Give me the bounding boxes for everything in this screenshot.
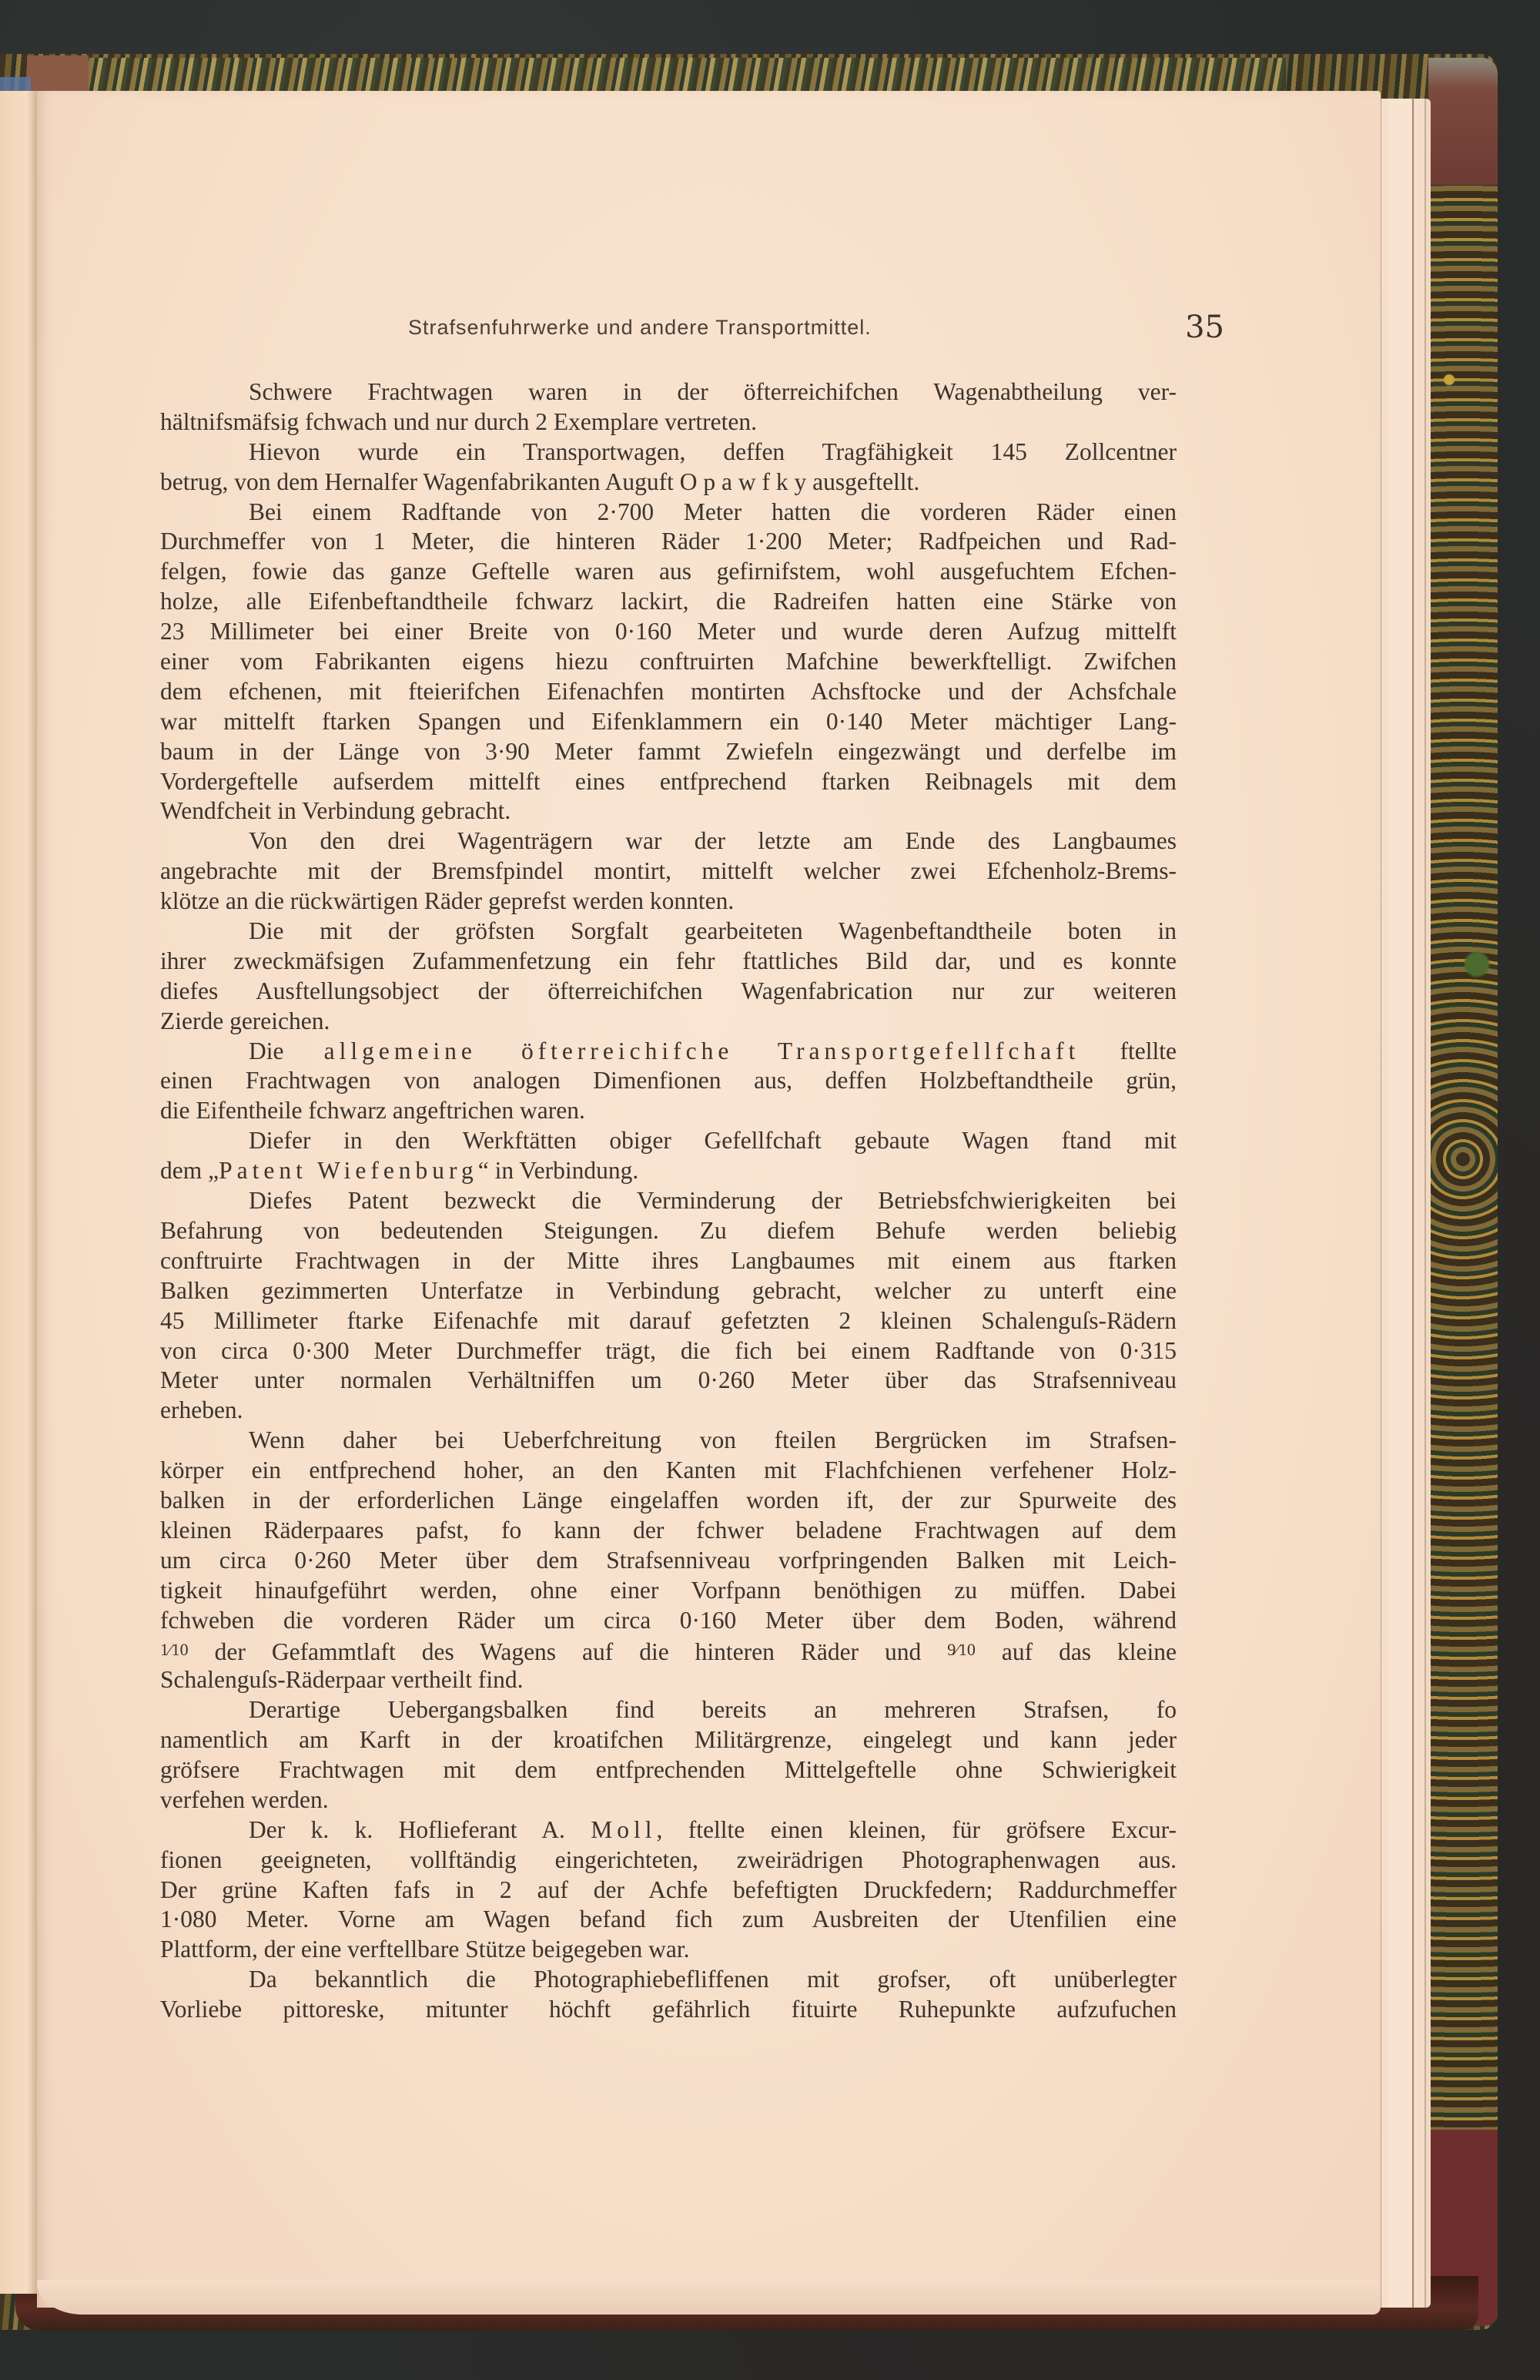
text-line: Bei einem Radftande von 2·700 Meter hatt…: [160, 498, 1177, 528]
text-line: Von den drei Wagenträgern war der letzte…: [160, 826, 1177, 856]
text-line: balken in der erforderlichen Länge einge…: [160, 1486, 1177, 1516]
text-line: 23 Millimeter bei einer Breite von 0·160…: [160, 617, 1177, 647]
page-bottom-curl: [37, 2280, 1381, 2315]
running-head: Strafsenfuhrwerke und andere Transportmi…: [408, 316, 1224, 354]
cover-leather-corner-top-left: [27, 55, 89, 94]
text-line: Durchmeffer von 1 Meter, die hinteren Rä…: [160, 527, 1177, 557]
cover-marbled-edge-top: [85, 58, 1286, 92]
text-line: namentlich am Karft in der kroatifchen M…: [160, 1725, 1177, 1755]
text-line: Vordergeftelle aufserdem mittelft eines …: [160, 767, 1177, 797]
text-line: einer vom Fabrikanten eigens hiezu conft…: [160, 647, 1177, 677]
text-line: verfehen werden.: [160, 1785, 1177, 1815]
fraction: 9⁄10: [947, 1640, 976, 1659]
text-line: felgen, fowie das ganze Geftelle waren a…: [160, 557, 1177, 587]
text-line: die Eifentheile fchwarz angeftrichen war…: [160, 1096, 1177, 1126]
text-line: fionen geeigneten, vollftändig eingerich…: [160, 1845, 1177, 1876]
text-line: Diefer in den Werkftätten obiger Gefellf…: [160, 1126, 1177, 1156]
text-line: baum in der Länge von 3·90 Meter fammt Z…: [160, 737, 1177, 767]
text-line: Zierde gereichen.: [160, 1007, 1177, 1037]
text-line: Die mit der gröfsten Sorgfalt gearbeitet…: [160, 917, 1177, 947]
page-number: 35: [1185, 310, 1224, 345]
text-line: 1·080 Meter. Vorne am Wagen befand fich …: [160, 1905, 1177, 1935]
text-line: klötze an die rückwärtigen Räder geprefs…: [160, 887, 1177, 917]
cover-marbled-board-right: [1428, 185, 1498, 2134]
text-line: erheben.: [160, 1396, 1177, 1426]
text-line: Befahrung von bedeutenden Steigungen. Zu…: [160, 1216, 1177, 1246]
letterspaced-name: allgemeine öfterreichifche Transportgefe…: [324, 1037, 1080, 1064]
text-line: dem efchenen, mit fteierifchen Eifenachf…: [160, 677, 1177, 707]
text-line: Wenn daher bei Ueberfchreitung von fteil…: [160, 1426, 1177, 1456]
text-line: betrug, von dem Hernalfer Wagenfabrikant…: [160, 468, 1177, 498]
text-line: Wendfcheit in Verbindung gebracht.: [160, 796, 1177, 826]
text-line: Vorliebe pittoreske, mitunter höchft gef…: [160, 1995, 1177, 2025]
text-line: von circa 0·300 Meter Durchmeffer trägt,…: [160, 1336, 1177, 1366]
letterspaced-name: Moll: [591, 1816, 656, 1843]
text-line: Hievon wurde ein Transportwagen, deffen …: [160, 437, 1177, 468]
text-line: fchweben die vorderen Räder um circa 0·1…: [160, 1606, 1177, 1636]
text-line: holze, alle Eifenbeftandtheile fchwarz l…: [160, 587, 1177, 617]
text-line: dem „Patent Wiefenburg“ in Verbindung.: [160, 1156, 1177, 1186]
text-line: Der grüne Kaften fafs in 2 auf der Achfe…: [160, 1876, 1177, 1906]
text-line: Meter unter normalen Verhältniffen um 0·…: [160, 1366, 1177, 1396]
text-line: 1⁄10 der Gefammtlaft des Wagens auf die …: [160, 1635, 1177, 1665]
text-line: Da bekanntlich die Photographiebefliffen…: [160, 1965, 1177, 1995]
text-line: Derartige Uebergangsbalken find bereits …: [160, 1695, 1177, 1725]
text-line: Die allgemeine öfterreichifche Transport…: [160, 1037, 1177, 1067]
fraction: 1⁄10: [160, 1640, 189, 1659]
text-line: tigkeit hinaufgeführt werden, ohne einer…: [160, 1576, 1177, 1606]
text-line: körper ein entfprechend hoher, an den Ka…: [160, 1456, 1177, 1486]
text-line: diefes Ausftellungsobject der öfterreich…: [160, 977, 1177, 1007]
text-line: 45 Millimeter ftarke Eifenachfe mit dara…: [160, 1306, 1177, 1336]
text-line: ihrer zweckmäfsigen Zufammenfetzung ein …: [160, 947, 1177, 977]
text-line: hältnifsmäfsig fchwach und nur durch 2 E…: [160, 407, 1177, 437]
text-line: war mittelft ftarken Spangen und Eifenkl…: [160, 707, 1177, 737]
facing-page-sliver: [0, 91, 38, 2294]
running-title: Strafsenfuhrwerke und andere Transportmi…: [408, 316, 872, 340]
text-line: gröfsere Frachtwagen mit dem entfprechen…: [160, 1755, 1177, 1785]
text-line: conftruirte Frachtwagen in der Mitte ihr…: [160, 1246, 1177, 1276]
text-line: angebrachte mit der Bremsfpindel montirt…: [160, 856, 1177, 887]
text-line: Diefes Patent bezweckt die Verminderung …: [160, 1186, 1177, 1216]
text-line: Schwere Frachtwagen waren in der öfterre…: [160, 377, 1177, 407]
text-line: kleinen Räderpaares pafst, fo kann der f…: [160, 1516, 1177, 1546]
text-line: einen Frachtwagen von analogen Dimenfion…: [160, 1066, 1177, 1096]
text-line: Balken gezimmerten Unterfatze in Verbind…: [160, 1276, 1177, 1306]
text-line: Der k. k. Hoflieferant A. Moll, ftellte …: [160, 1815, 1177, 1845]
text-line: Schalenguſs-Räderpaar vertheilt find.: [160, 1665, 1177, 1695]
cover-leather-corner-top-right: [1428, 58, 1498, 185]
text-line: um circa 0·260 Meter über dem Strafsenni…: [160, 1546, 1177, 1576]
body-text: Schwere Frachtwagen waren in der öfterre…: [160, 377, 1177, 2025]
letterspaced-name: Patent Wiefenburg: [219, 1157, 478, 1184]
text-line: Plattform, der eine verftellbare Stütze …: [160, 1935, 1177, 1965]
